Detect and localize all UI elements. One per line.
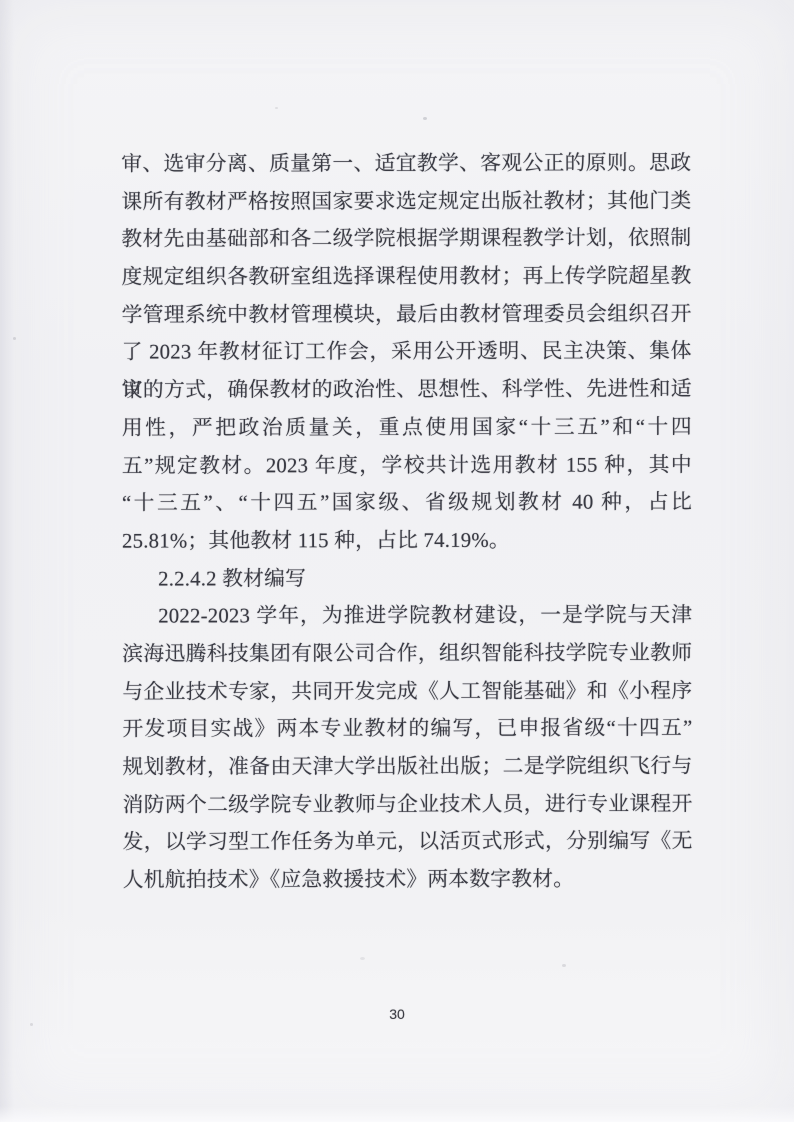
text-line: 人机航拍技术》《应急救援技术》两本数字教材。 bbox=[123, 860, 693, 899]
text-line: 教材先由基础部和各二级学院根据学期课程教学计划，依照制 bbox=[121, 220, 691, 259]
scan-speckle bbox=[275, 107, 278, 109]
scan-speckle bbox=[423, 117, 427, 120]
scan-speckle bbox=[360, 957, 365, 960]
scan-speckle bbox=[13, 337, 16, 340]
text-line: 度规定组织各教研室组选择课程使用教材；再上传学院超星教 bbox=[121, 257, 691, 296]
scan-speckle bbox=[562, 964, 566, 967]
text-line: 了 2023 年教材征订工作会，采用公开透明、民主决策、集体审 bbox=[122, 333, 692, 372]
scan-edge-artifact bbox=[0, 1106, 794, 1122]
text-line: 消防两个二级学院专业教师与企业技术人员，进行专业课程开 bbox=[123, 785, 693, 824]
text-line: 开发项目实战》两本专业教材的编写，已申报省级“十四五” bbox=[122, 710, 692, 749]
text-line: 课所有教材严格按照国家要求选定规定出版社教材；其他门类 bbox=[121, 182, 691, 221]
text-line: 审、选审分离、质量第一、适宜教学、客观公正的原则。思政 bbox=[121, 144, 691, 183]
text-line: 议的方式，确保教材的政治性、思想性、科学性、先进性和适 bbox=[122, 371, 692, 410]
text-line: 与企业技术专家，共同开发完成《人工智能基础》和《小程序 bbox=[122, 672, 692, 711]
page-number: 30 bbox=[0, 1006, 794, 1022]
text-line: 学管理系统中教材管理模块，最后由教材管理委员会组织召开 bbox=[122, 295, 692, 334]
text-line: “十三五”、“十四五”国家级、省级规划教材 40 种，占比 bbox=[122, 484, 692, 523]
scan-speckle bbox=[30, 1023, 33, 1026]
text-line: 用性，严把政治质量关，重点使用国家“十三五”和“十四 bbox=[122, 408, 692, 447]
text-line: 规划教材，准备由天津大学出版社出版；二是学院组织飞行与 bbox=[122, 747, 692, 786]
section-heading: 2.2.4.2 教材编写 bbox=[122, 559, 692, 598]
scanned-document-page: 审、选审分离、质量第一、适宜教学、客观公正的原则。思政课所有教材严格按照国家要求… bbox=[0, 0, 794, 1122]
text-line: 发，以学习型工作任务为单元，以活页式形式，分别编写《无 bbox=[123, 823, 693, 862]
text-line: 滨海迅腾科技集团有限公司合作，组织智能科技学院专业教师 bbox=[122, 634, 692, 673]
text-block: 审、选审分离、质量第一、适宜教学、客观公正的原则。思政课所有教材严格按照国家要求… bbox=[121, 144, 693, 899]
text-line: 25.81%；其他教材 115 种，占比 74.19%。 bbox=[122, 521, 692, 560]
text-line: 五”规定教材。2023 年度，学校共计选用教材 155 种，其中 bbox=[122, 446, 692, 485]
text-line: 2022-2023 学年，为推进学院教材建设，一是学院与天津 bbox=[122, 597, 692, 636]
